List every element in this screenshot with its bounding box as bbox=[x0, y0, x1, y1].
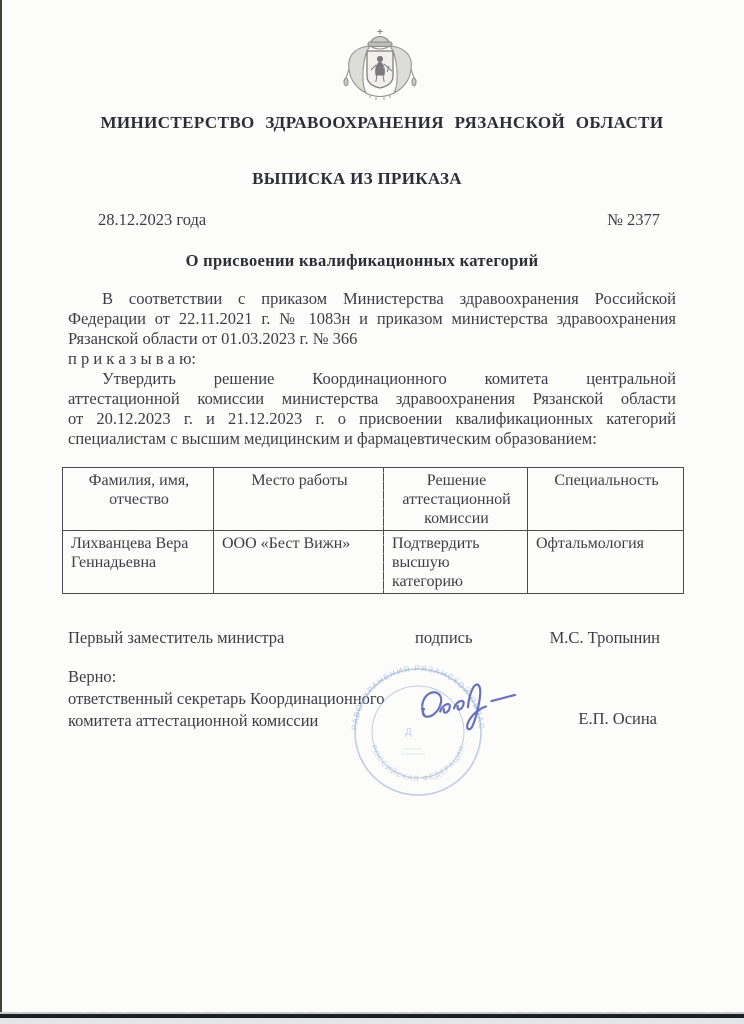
scan-edge-left bbox=[0, 0, 2, 1024]
ryazan-coat-of-arms-icon bbox=[338, 27, 422, 103]
secretary-role-line1: ответственный секретарь Координационного bbox=[68, 689, 385, 709]
stamp-bottom-arc-text: РОССИЙСКАЯ ФЕДЕРАЦИЯ bbox=[369, 744, 467, 783]
table-cell-decision: Подтвердить высшую категорию bbox=[384, 531, 528, 594]
body-line: п р и к а з ы в а ю: bbox=[68, 349, 676, 369]
secretary-name: Е.П. Осина bbox=[578, 709, 657, 729]
body-line: Федерации от 22.11.2021 г. № 1083н и при… bbox=[68, 309, 676, 329]
table-header-row: Фамилия, имя, отчество Место работы Реше… bbox=[63, 468, 684, 531]
scanned-order-extract-page: МИНИСТЕРСТВО ЗДРАВООХРАНЕНИЯ РЯЗАНСКОЙ О… bbox=[0, 0, 744, 1024]
verno-label: Верно: bbox=[68, 667, 116, 687]
table-row: Лихванцева Вера Геннадьевна ООО «Бест Ви… bbox=[63, 531, 684, 594]
ministry-title: МИНИСТЕРСТВО ЗДРАВООХРАНЕНИЯ РЯЗАНСКОЙ О… bbox=[20, 113, 744, 133]
order-number: № 2377 bbox=[607, 210, 660, 230]
minister-deputy-role: Первый заместитель министра bbox=[68, 628, 284, 648]
document-type-title: ВЫПИСКА ИЗ ПРИКАЗА bbox=[0, 169, 714, 189]
order-body: В соответствии с приказом Министерства з… bbox=[68, 289, 676, 449]
table-header-decision: Решение аттестационной комиссии bbox=[384, 468, 528, 531]
svg-text:РОССИЙСКАЯ ФЕДЕРАЦИЯ: РОССИЙСКАЯ ФЕДЕРАЦИЯ bbox=[369, 744, 467, 783]
table-cell-specialty: Офтальмология bbox=[528, 531, 684, 594]
qualification-table: Фамилия, имя, отчество Место работы Реше… bbox=[62, 467, 684, 594]
order-date: 28.12.2023 года bbox=[98, 210, 206, 230]
table-header-specialty: Специальность bbox=[528, 468, 684, 531]
order-subject: О присвоении квалификационных категорий bbox=[0, 251, 724, 271]
table-header-workplace: Место работы bbox=[214, 468, 384, 531]
body-line: Рязанской области от 01.03.2023 г. № 366 bbox=[68, 329, 676, 349]
body-line: от 20.12.2023 г. и 21.12.2023 г. о присв… bbox=[68, 409, 676, 429]
table-cell-fio: Лихванцева Вера Геннадьевна bbox=[63, 531, 214, 594]
table-header-fio: Фамилия, имя, отчество bbox=[63, 468, 214, 531]
date-number-row: 28.12.2023 года № 2377 bbox=[98, 210, 660, 230]
minister-deputy-name: М.С. Тропынин bbox=[550, 628, 660, 648]
scan-edge-bottom-gray bbox=[0, 1018, 744, 1024]
secretary-role-line2: комитета аттестационной комиссии bbox=[68, 711, 318, 731]
secretary-signature-scribble bbox=[408, 675, 530, 741]
signature-placeholder-label: подпись bbox=[415, 628, 473, 648]
body-line: В соответствии с приказом Министерства з… bbox=[68, 289, 676, 309]
body-line: аттестационной комиссии министерства здр… bbox=[68, 389, 676, 409]
body-line: специалистам с высшим медицинским и фарм… bbox=[68, 429, 676, 449]
body-line: Утвердить решение Координационного комит… bbox=[68, 369, 676, 389]
table-cell-workplace: ООО «Бест Вижн» bbox=[214, 531, 384, 594]
